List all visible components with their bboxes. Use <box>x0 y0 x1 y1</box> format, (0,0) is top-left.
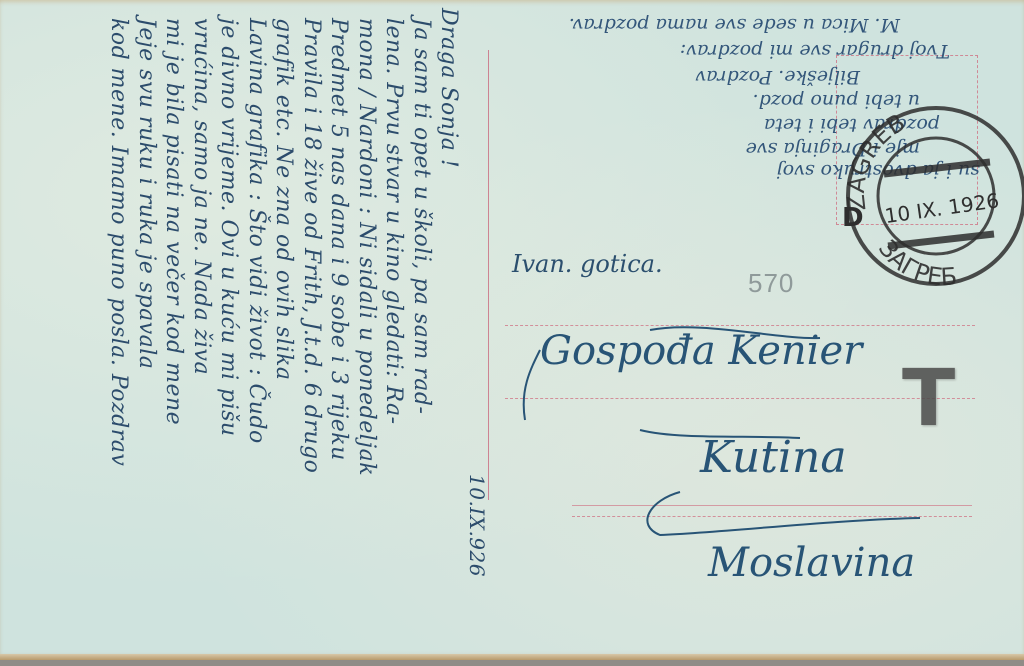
card-bottom-edge <box>0 654 1024 660</box>
message-date: 10.IX.926 <box>463 4 491 654</box>
postscript-line: Tvoj drugar sve mi pozdrav: <box>560 40 950 62</box>
message-line: Pravila i 18 žive od Frith, J.t.d. 6 dru… <box>298 4 326 654</box>
message-line: grafik etc. Ne zna od ovih slika <box>270 4 298 654</box>
pencil-inventory-number: 570 <box>748 268 794 299</box>
message-line: mi je bila pisati na večer kod mene <box>160 4 188 654</box>
address-town: Kutina <box>700 432 847 483</box>
svg-text:ZAGREB: ZAGREB <box>842 108 910 212</box>
message-line: Jeje svu ruku i ruka je spavala <box>133 4 161 654</box>
message-line: je divno vrijeme. Ovi u kuću mi pišu <box>215 4 243 654</box>
message-line: Lavina grafika : Što vidi život : Čudo <box>243 4 271 654</box>
postscript-line: Bilješke. Pozdrav <box>560 66 860 88</box>
message-line: Draga Sonja ! <box>435 4 463 654</box>
postmark-top-text: ZAGREB <box>842 108 910 212</box>
message-line: Ja sam ti opet u školi, pa sam rad- <box>408 4 436 654</box>
message-text-rotated: 10.IX.926 Draga Sonja !Ja sam ti opet u … <box>12 4 490 654</box>
message-line: lena. Prvu stvar u kino gledati: Ra- <box>380 4 408 654</box>
message-line: vrućina, samo ja ne. Nada živa <box>188 4 216 654</box>
postmark-cancellation: ZAGREB ЗАГРЕБ D 10 IX. 1926 <box>838 98 1024 294</box>
postmark-letter: D <box>842 203 864 233</box>
address-region: Moslavina <box>708 540 915 586</box>
message-line: Predmet 5 nas dana i 9 sobe i 3 rijeku <box>325 4 353 654</box>
message-area: 10.IX.926 Draga Sonja !Ja sam ti opet u … <box>12 4 490 654</box>
postmark-date: 10 IX. 1926 <box>883 188 1000 228</box>
postcard: 10.IX.926 Draga Sonja !Ja sam ti opet u … <box>0 0 1024 660</box>
closing-signature: Ivan. gotica. <box>512 250 663 278</box>
message-line: mona / Nardoni : Ni sidali u ponedeljak <box>353 4 381 654</box>
postscript-line: M. Mica u sede sve nama pozdrav. <box>500 14 900 36</box>
message-line: kod mene. Imamo puno posla. Pozdrav <box>105 4 133 654</box>
address-recipient: Gospođa Kenier <box>540 328 862 374</box>
